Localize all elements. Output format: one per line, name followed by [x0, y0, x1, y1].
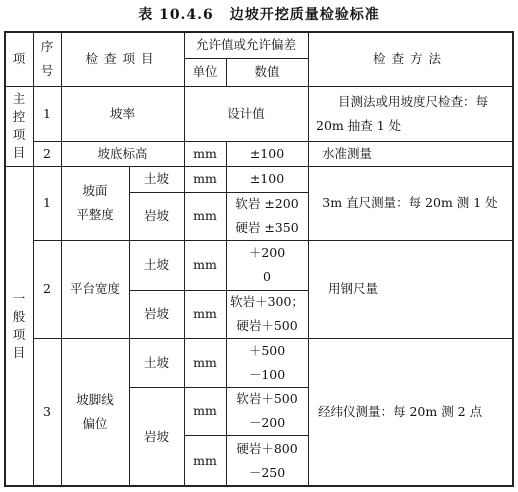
- category-char: 控: [13, 108, 26, 126]
- gen-row3-method: 经纬仪测量：每 20m 测 2 点: [308, 338, 512, 486]
- category-general: 一 般 项 目: [5, 166, 33, 486]
- gen-row2-sub1-type: 土坡: [129, 240, 184, 290]
- gen-row1-sub1-value: ±100: [226, 166, 308, 192]
- gen-row1-method: 3m 直尺测量：每 20m 测 1 处: [308, 166, 512, 240]
- mc-row1-seq: 1: [33, 86, 61, 141]
- category-char: 目: [13, 344, 26, 362]
- header-seq: 序 号: [33, 32, 61, 86]
- gen-row3-sub3-value: 硬岩＋800 －250: [226, 435, 308, 486]
- value-line: 软岩＋500: [236, 387, 297, 411]
- header-seq-char: 序: [41, 35, 54, 59]
- value-line: －250: [249, 461, 285, 485]
- value-line: 硬岩 ±350: [235, 216, 298, 240]
- gen-row3-seq: 3: [33, 338, 61, 486]
- category-char: 一: [13, 290, 26, 308]
- mc-row2-unit: mm: [184, 141, 226, 166]
- gen-row1-sub2-unit: mm: [184, 192, 226, 240]
- mc-row2-item: 坡底标高: [61, 141, 184, 166]
- gen-row2-sub1-value: ＋200 0: [226, 240, 308, 290]
- header-item: 检查项目: [61, 32, 184, 86]
- value-line: 0: [263, 265, 271, 289]
- mc-row2-value: ±100: [226, 141, 308, 166]
- gen-row1-sub2-type: 岩坡: [129, 192, 184, 240]
- gen-row2-method: 用钢尺量: [308, 240, 512, 338]
- gen-row3-sub3-unit: mm: [184, 435, 226, 486]
- gen-row3-sub1-type: 土坡: [129, 338, 184, 387]
- mc-row1-item: 坡率: [61, 86, 184, 141]
- mc-row1-method: 目测法或用坡度尺检查：每 20m 抽查 1 处: [308, 86, 512, 141]
- value-line: 软岩＋300；: [230, 290, 304, 314]
- gen-row3-sub2-unit: mm: [184, 387, 226, 435]
- gen-row3-sub1-unit: mm: [184, 338, 226, 387]
- value-line: 硬岩＋800: [236, 437, 297, 461]
- gen-row3-sub1-value: ＋500 －100: [226, 338, 308, 387]
- value-line: －100: [249, 363, 285, 387]
- header-category: 项: [5, 32, 33, 86]
- item-line: 坡脚线: [76, 388, 114, 412]
- gen-row2-seq: 2: [33, 240, 61, 338]
- gen-row2-sub1-unit: mm: [184, 240, 226, 290]
- value-line: 硬岩＋500: [236, 314, 297, 338]
- header-seq-char: 号: [41, 59, 54, 83]
- category-char: 主: [13, 90, 26, 108]
- item-line: 偏位: [82, 412, 107, 436]
- method-line: 20m 抽查 1 处: [316, 114, 488, 138]
- mc-row1-value: 设计值: [184, 86, 308, 141]
- mc-row2-method: 水准测量: [308, 141, 512, 166]
- gen-row3-sub2-value: 软岩＋500 －200: [226, 387, 308, 435]
- gen-row2-sub2-unit: mm: [184, 290, 226, 338]
- gen-row1-sub1-type: 土坡: [129, 166, 184, 192]
- table-border-right: [512, 31, 514, 487]
- gen-row3-sub2-type: 岩坡: [129, 387, 184, 486]
- gen-row2-item: 平台宽度: [61, 240, 129, 338]
- header-method: 检查方法: [308, 32, 512, 86]
- category-char: 目: [13, 144, 26, 162]
- value-line: －200: [249, 411, 285, 435]
- gen-row1-seq: 1: [33, 166, 61, 240]
- table-title: 表 10.4.6边坡开挖质量检验标准: [0, 4, 518, 24]
- table-caption: 边坡开挖质量检验标准: [230, 7, 380, 23]
- header-allowance: 允许值或允许偏差: [184, 32, 308, 58]
- gen-row2-sub2-type: 岩坡: [129, 290, 184, 338]
- mc-row2-seq: 2: [33, 141, 61, 166]
- category-char: 项: [13, 126, 26, 144]
- gen-row3-item: 坡脚线 偏位: [61, 338, 129, 486]
- value-line: 软岩 ±200: [235, 192, 298, 216]
- gen-row1-item: 坡面 平整度: [61, 166, 129, 240]
- table-number: 表 10.4.6: [138, 7, 214, 23]
- value-line: ＋200: [249, 241, 285, 265]
- gen-row2-sub2-value: 软岩＋300； 硬岩＋500: [226, 290, 308, 338]
- header-unit: 单位: [184, 58, 226, 86]
- gen-row1-sub1-unit: mm: [184, 166, 226, 192]
- category-char: 般: [13, 308, 26, 326]
- method-line: 目测法或用坡度尺检查：每: [316, 90, 488, 114]
- gen-row1-sub2-value: 软岩 ±200 硬岩 ±350: [226, 192, 308, 240]
- category-main-control: 主 控 项 目: [5, 86, 33, 166]
- item-line: 坡面: [82, 179, 107, 203]
- header-value: 数值: [226, 58, 308, 86]
- item-line: 平整度: [76, 203, 114, 227]
- category-char: 项: [13, 326, 26, 344]
- value-line: ＋500: [249, 339, 285, 363]
